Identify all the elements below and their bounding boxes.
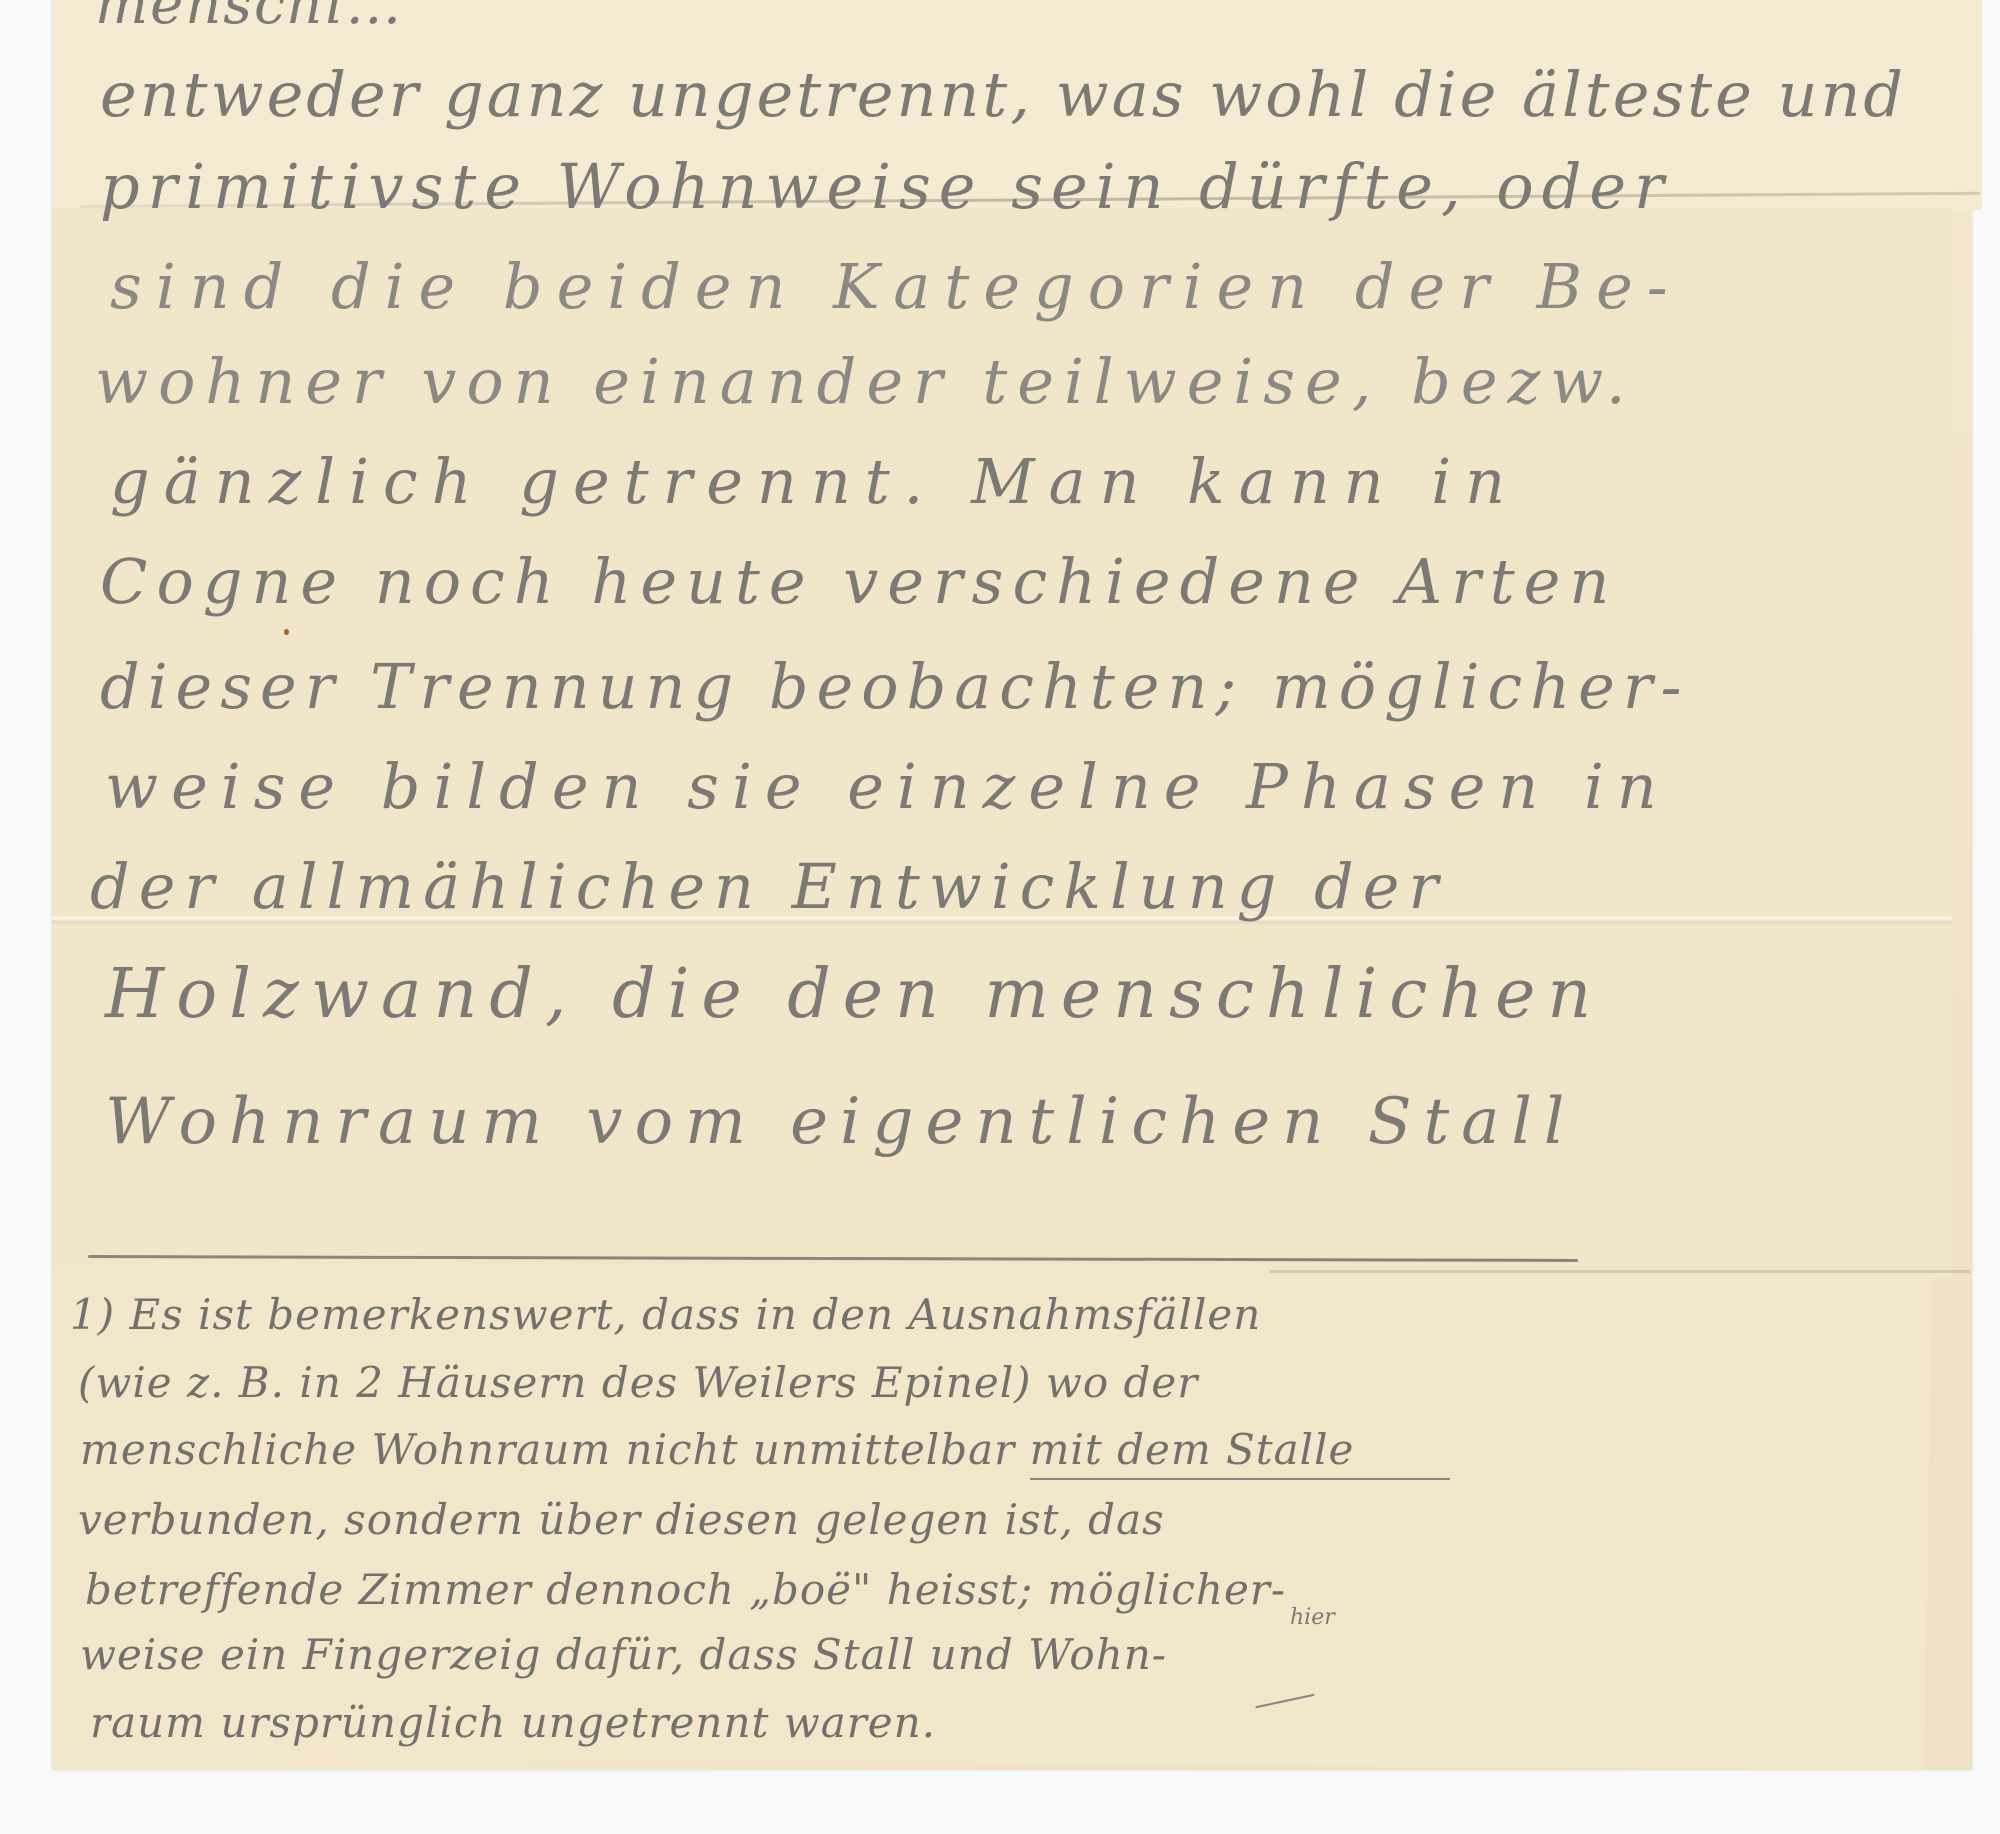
footnote-line-3: verbunden, sondern über diesen gelegen i… <box>78 1495 1165 1544</box>
footnote-line-1: (wie z. B. in 2 Häusern des Weilers Epin… <box>78 1358 1198 1407</box>
body-line-5: gänzlich getrennt. Man kann in <box>110 445 1519 518</box>
foxing-spot <box>284 629 289 635</box>
body-line-8: weise bilden sie einzelne Phasen in <box>105 750 1670 823</box>
footnote-underline-unmittelbar <box>1030 1478 1450 1480</box>
body-line-1: entweder ganz ungetrennt, was wohl die ä… <box>100 58 1906 131</box>
paste-seam-bottom <box>1270 1270 1970 1273</box>
body-line-2: primitivste Wohnweise sein dürfte, oder <box>100 150 1672 223</box>
footnote-line-6: raum ursprünglich ungetrennt waren. <box>90 1698 936 1747</box>
manuscript-scan: menschl… entweder ganz ungetrennt, was w… <box>0 0 2000 1834</box>
footnote-line-2: menschliche Wohnraum nicht unmittelbar m… <box>80 1425 1354 1474</box>
body-line-10: Holzwand, die den menschlichen <box>105 955 1603 1034</box>
footnote-line-4: betreffende Zimmer dennoch „boë" heisst;… <box>85 1565 1286 1614</box>
footnote-line-5: weise ein Fingerzeig dafür, dass Stall u… <box>80 1630 1167 1679</box>
body-line-4: wohner von einander teilweise, bezw. <box>95 345 1636 418</box>
footnote-insertion-hier: hier <box>1290 1605 1335 1630</box>
body-line-7: dieser Trennung beobachten; möglicher- <box>100 650 1689 723</box>
footnote-line-0: 1) Es ist bemerkenswert, dass in den Aus… <box>70 1290 1261 1339</box>
body-line-9: der allmählichen Entwicklung der <box>90 850 1447 923</box>
body-line-0: menschl… <box>95 0 403 37</box>
body-line-6: Cogne noch heute verschiedene Arten <box>100 545 1618 618</box>
body-line-3: sind die beiden Kategorien der Be- <box>110 250 1682 323</box>
body-line-11: Wohnraum vom eigentlichen Stall <box>105 1085 1576 1159</box>
